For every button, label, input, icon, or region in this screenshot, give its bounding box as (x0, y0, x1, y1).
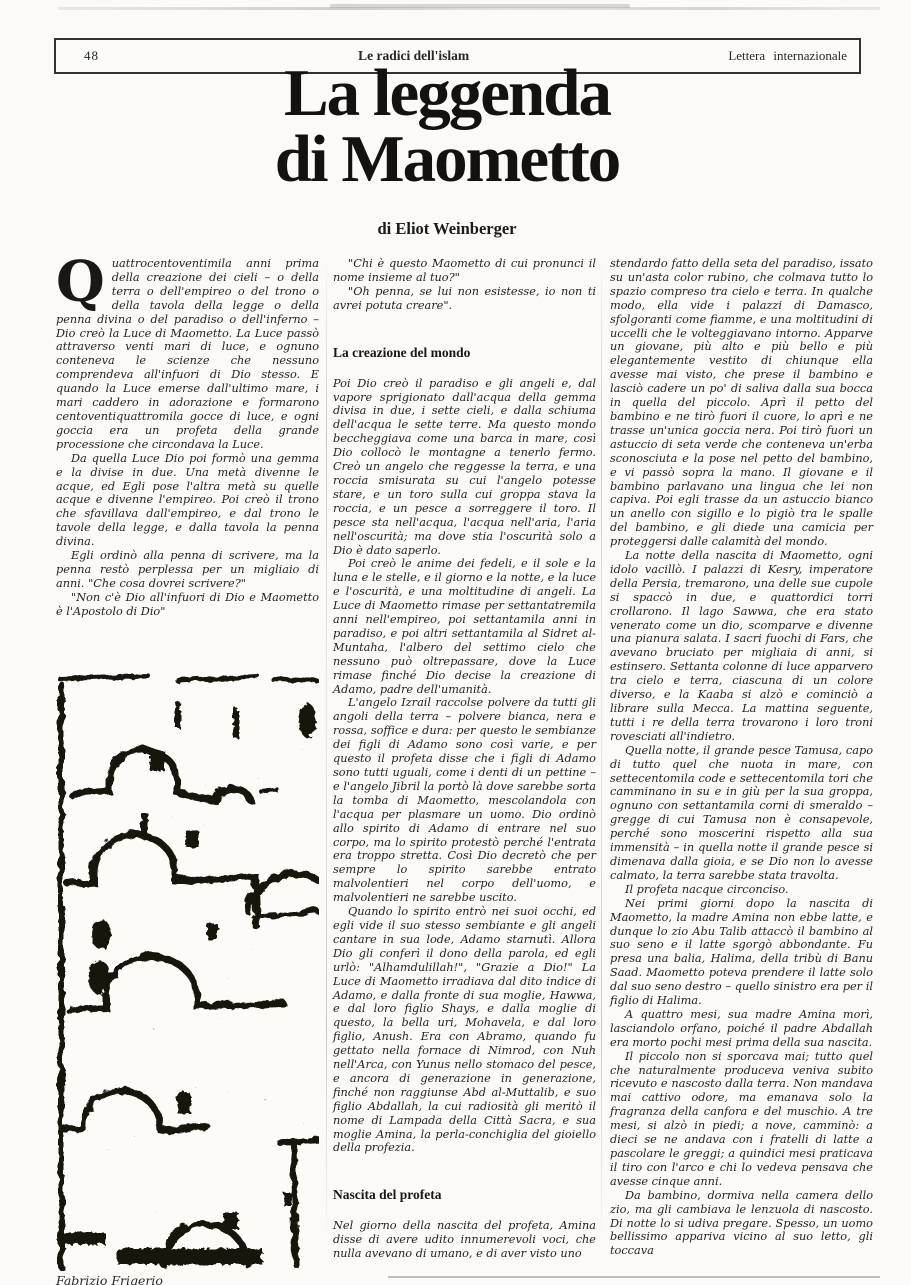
paragraph: "Non c'è Dio all'infuori di Dio e Maomet… (56, 591, 319, 619)
dropcap-Q: Q (56, 257, 112, 304)
paragraph: Quando lo spirito entrò nei suoi occhi, … (333, 905, 596, 1155)
woodcut-arches-illustration (56, 671, 319, 1271)
byline: di Eliot Weinberger (0, 219, 894, 239)
paragraph: Il piccolo non si sporcava mai; tutto qu… (610, 1050, 873, 1189)
section-heading-birth: Nascita del profeta (333, 1187, 596, 1203)
paragraph: "Oh penna, se lui non esistesse, io non … (333, 285, 596, 313)
column-2: "Chi è questo Maometto di cui pronunci i… (333, 257, 596, 1285)
article-title: La leggenda di Maometto (0, 60, 894, 193)
paragraph: Quattrocentoventimila anni prima della c… (56, 257, 319, 452)
column-1: Quattrocentoventimila anni prima della c… (56, 257, 319, 1285)
paragraph: Nel giorno della nascita del profeta, Am… (333, 1219, 596, 1261)
scan-artifact-top-smudge (330, 4, 630, 8)
paragraph: Poi creò le anime dei fedeli, e il sole … (333, 557, 596, 696)
paragraph: Poi Dio creò il paradiso e gli angeli e,… (333, 377, 596, 558)
column-3: stendardo fatto della seta del paradiso,… (610, 257, 873, 1285)
paragraph: Nei primi giorni dopo la nascita di Maom… (610, 897, 873, 1008)
paragraph: Il profeta nacque circonciso. (610, 883, 873, 897)
article-title-line1: La leggenda (284, 56, 610, 130)
paragraph: A quattro mesi, sua madre Amina morì, la… (610, 1008, 873, 1050)
paragraph: Da bambino, dormiva nella camera dello z… (610, 1189, 873, 1259)
illustration-credit: Fabrizio Frigerio (56, 1273, 319, 1285)
scan-artifact-top-edge (58, 7, 880, 10)
paragraph: L'angelo Izrail raccolse polvere da tutt… (333, 696, 596, 905)
article-title-line2: di Maometto (275, 122, 620, 196)
paragraph: Egli ordinò alla penna di scrivere, ma l… (56, 549, 319, 591)
section-heading-creation: La creazione del mondo (333, 345, 596, 361)
paragraph: "Chi è questo Maometto di cui pronunci i… (333, 257, 596, 285)
paragraph: Quella notte, il grande pesce Tamusa, ca… (610, 744, 873, 883)
paragraph: Da quella Luce Dio poi formò una gemma e… (56, 452, 319, 549)
article-body: Quattrocentoventimila anni prima della c… (56, 257, 873, 1285)
paragraph: stendardo fatto della seta del paradiso,… (610, 257, 873, 549)
paragraph: La notte della nascita di Maometto, ogni… (610, 549, 873, 744)
